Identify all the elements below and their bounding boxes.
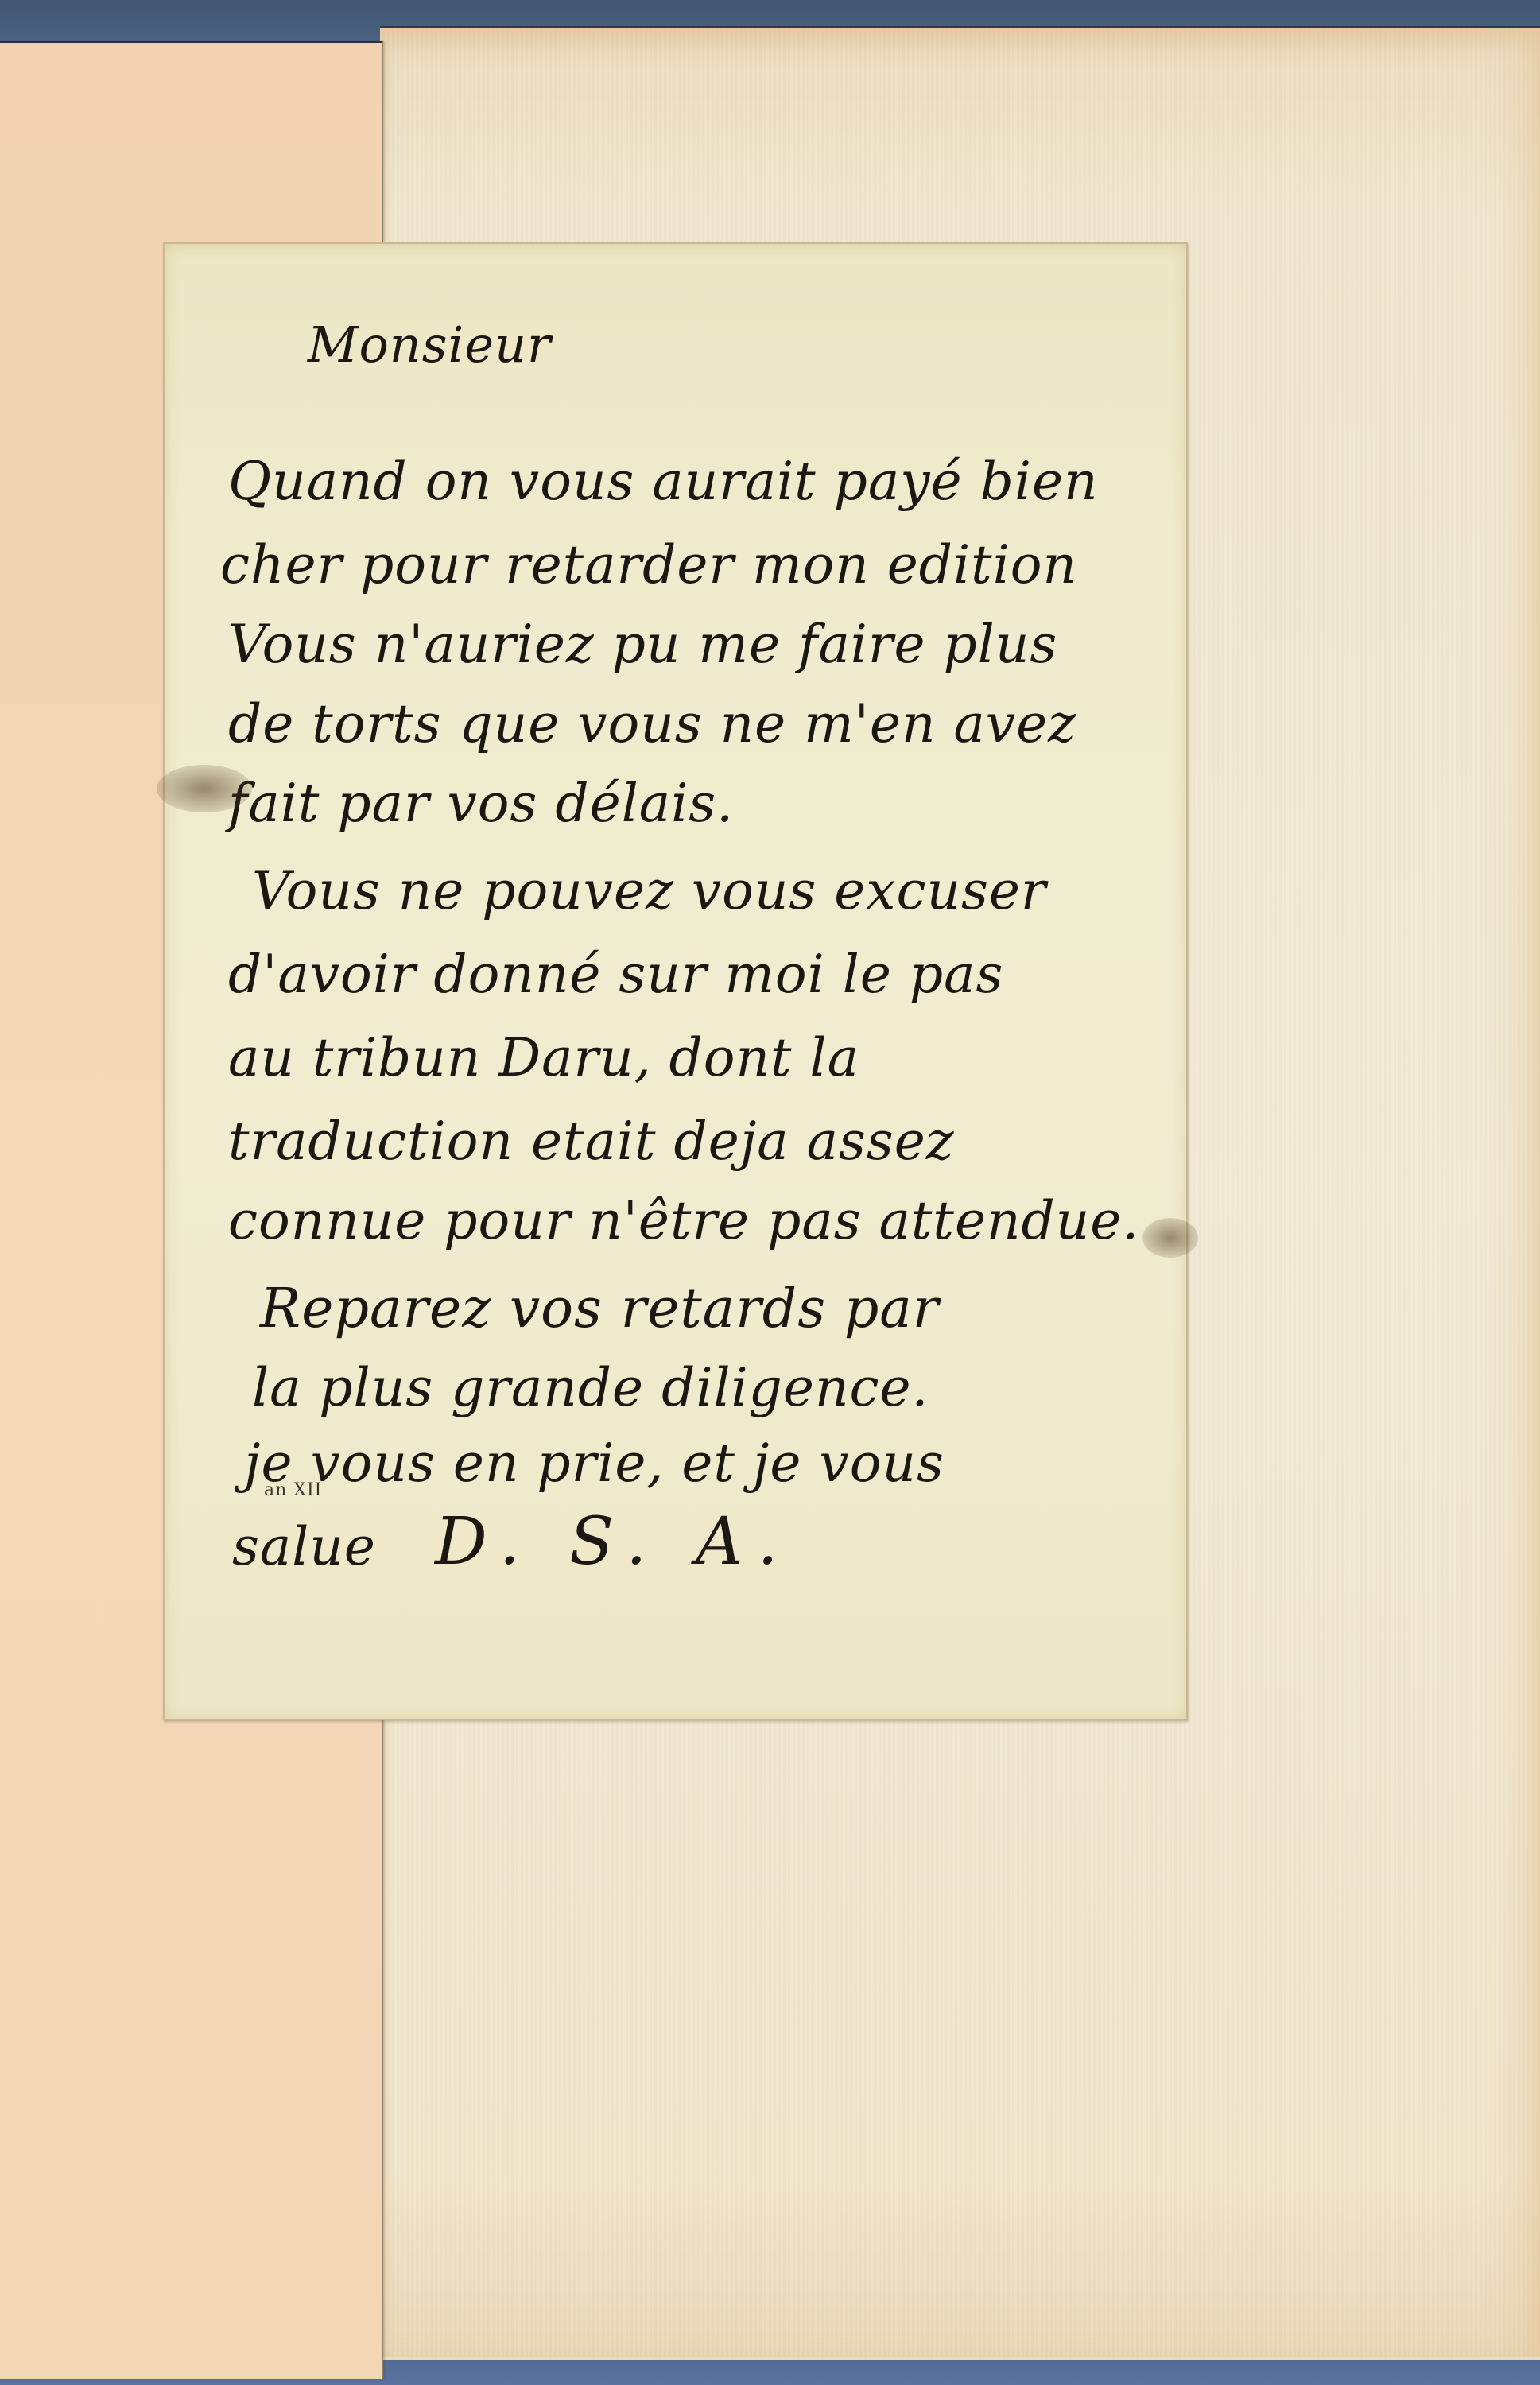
letter-line: Vous n'auriez pu me faire plus [228,614,1057,675]
manuscript-letter: Monsieur Quand on vous aurait payé bien … [163,242,1188,1720]
letter-line: Vous ne pouvez vous excuser [252,860,1046,921]
letter-line: traduction etait deja assez [228,1111,955,1172]
letter-line: connue pour n'être pas attendue. [228,1190,1139,1251]
letter-salutation: Monsieur [308,316,552,374]
letter-line: cher pour retarder mon edition [220,534,1077,595]
letter-signature: D. S. A. [435,1504,793,1580]
letter-line: Reparez vos retards par [260,1278,939,1340]
ink-smudge [1142,1218,1198,1258]
letter-line: au tribun Daru, dont la [228,1027,859,1088]
letter-line: de torts que vous ne m'en avez [228,693,1076,754]
ink-smudge [157,765,252,812]
letter-line: Quand on vous aurait payé bien [228,451,1099,512]
margin-annotation-date: an XII [264,1480,322,1500]
letter-line: je vous en prie, et je vous [244,1433,945,1494]
letter-line: la plus grande diligence. [252,1357,929,1418]
letter-line: fait par vos délais. [228,773,734,834]
letter-line: d'avoir donné sur moi le pas [228,944,1003,1005]
letter-closing: salue [232,1516,376,1577]
